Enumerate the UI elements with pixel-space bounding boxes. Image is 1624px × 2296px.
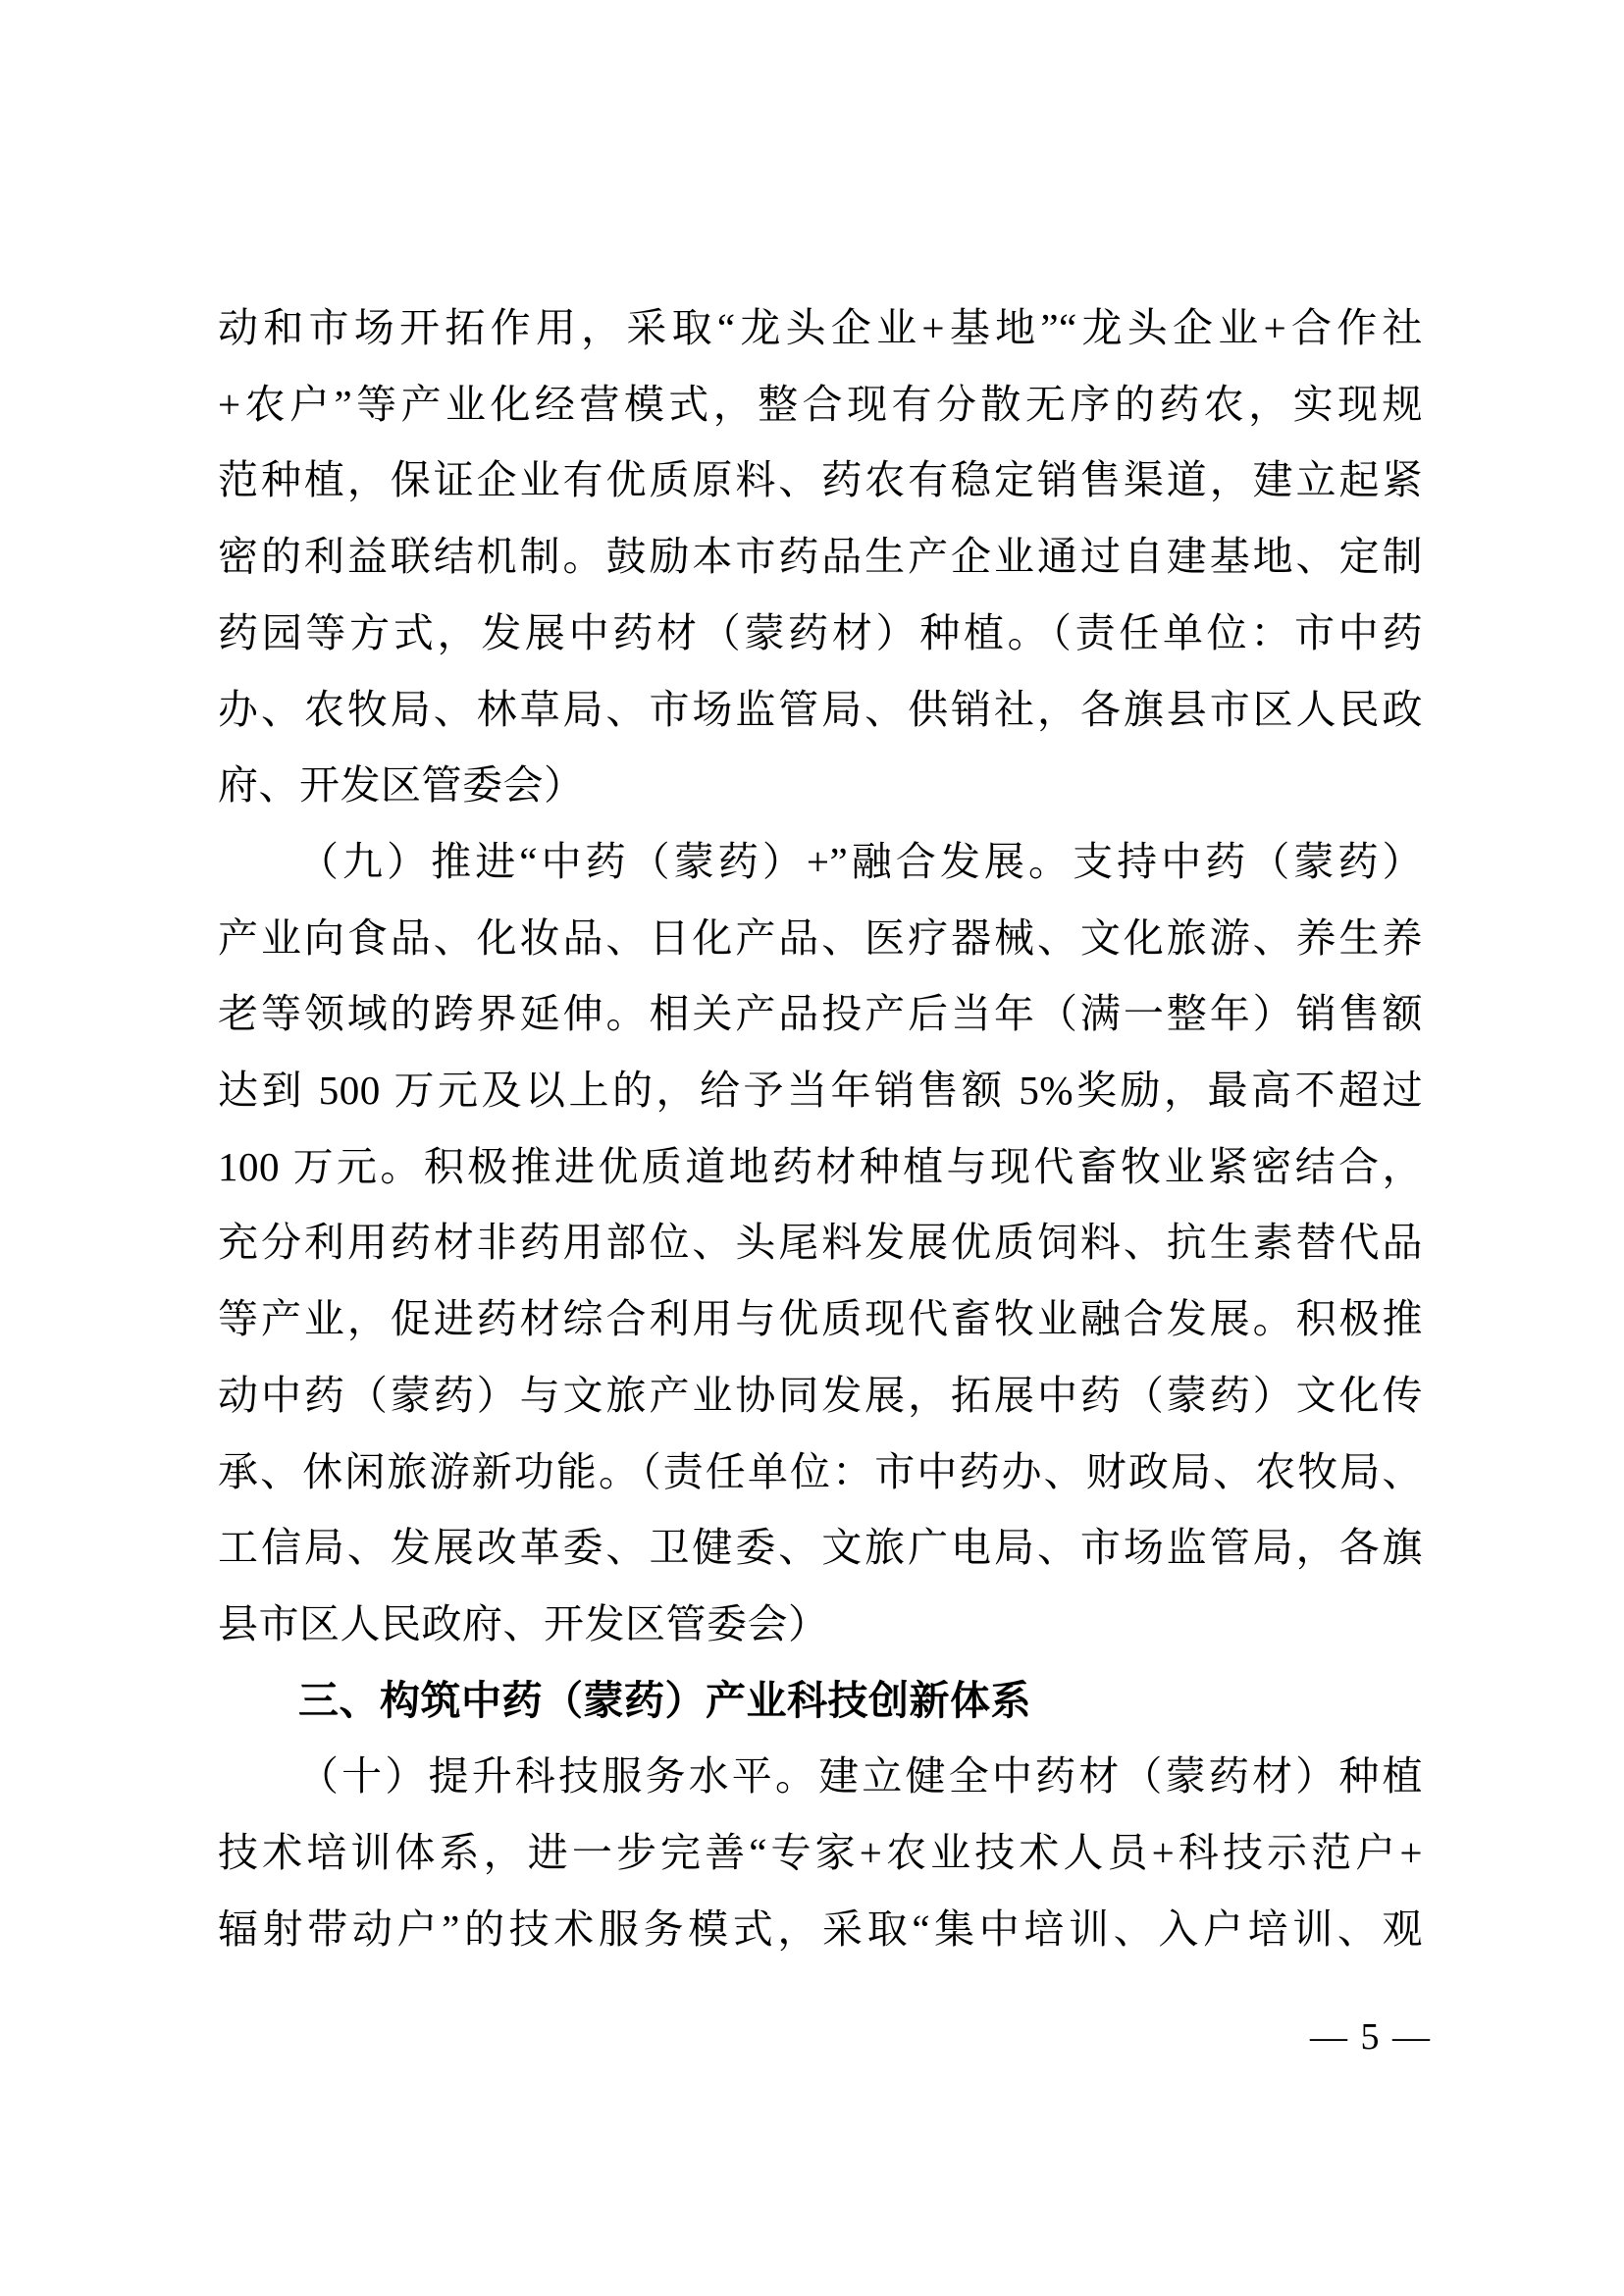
text-line: 范种植，保证企业有优质原料、药农有稳定销售渠道，建立起紧 [218, 443, 1423, 519]
text-line: 办、农牧局、林草局、市场监管局、供销社，各旗县市区人民政 [218, 672, 1423, 749]
text-line: 等产业，促进药材综合利用与优质现代畜牧业融合发展。积极推 [218, 1281, 1423, 1358]
text-line: +农户”等产业化经营模式，整合现有分散无序的药农，实现规 [218, 367, 1423, 444]
section-heading: 三、构筑中药（蒙药）产业科技创新体系 [218, 1663, 1423, 1740]
text-line: 承、休闲旅游新功能。（责任单位：市中药办、财政局、农牧局、 [218, 1435, 1423, 1511]
text-line: 密的利益联结机制。鼓励本市药品生产企业通过自建基地、定制 [218, 519, 1423, 596]
text-line: 老等领域的跨界延伸。相关产品投产后当年（满一整年）销售额 [218, 976, 1423, 1053]
text-line: 辐射带动户”的技术服务模式，采取“集中培训、入户培训、观 [218, 1892, 1423, 1968]
text-line: 产业向食品、化妆品、日化产品、医疗器械、文化旅游、养生养 [218, 901, 1423, 977]
text-line: 府、开发区管委会） [218, 748, 1423, 824]
text-line: 药园等方式，发展中药材（蒙药材）种植。（责任单位：市中药 [218, 596, 1423, 672]
text-line: 技术培训体系，进一步完善“专家+农业技术人员+科技示范户+ [218, 1815, 1423, 1892]
text-line: 充分利用药材非药用部位、头尾料发展优质饲料、抗生素替代品 [218, 1205, 1423, 1281]
text-line: 100 万元。积极推进优质道地药材种植与现代畜牧业紧密结合， [218, 1129, 1423, 1206]
document-body: 动和市场开拓作用，采取“龙头企业+基地”“龙头企业+合作社+农户”等产业化经营模… [218, 290, 1423, 1967]
text-line: 动和市场开拓作用，采取“龙头企业+基地”“龙头企业+合作社 [218, 290, 1423, 367]
page-number: — 5 — [1310, 2008, 1432, 2066]
document-page: 动和市场开拓作用，采取“龙头企业+基地”“龙头企业+合作社+农户”等产业化经营模… [0, 0, 1624, 2296]
text-line: 达到 500 万元及以上的，给予当年销售额 5%奖励，最高不超过 [218, 1053, 1423, 1129]
text-line: 工信局、发展改革委、卫健委、文旅广电局、市场监管局，各旗 [218, 1510, 1423, 1587]
text-line: （十）提升科技服务水平。建立健全中药材（蒙药材）种植 [218, 1739, 1423, 1815]
text-line: 动中药（蒙药）与文旅产业协同发展，拓展中药（蒙药）文化传 [218, 1358, 1423, 1435]
text-line: （九）推进“中药（蒙药）+”融合发展。支持中药（蒙药） [218, 824, 1423, 901]
text-line: 县市区人民政府、开发区管委会） [218, 1587, 1423, 1663]
